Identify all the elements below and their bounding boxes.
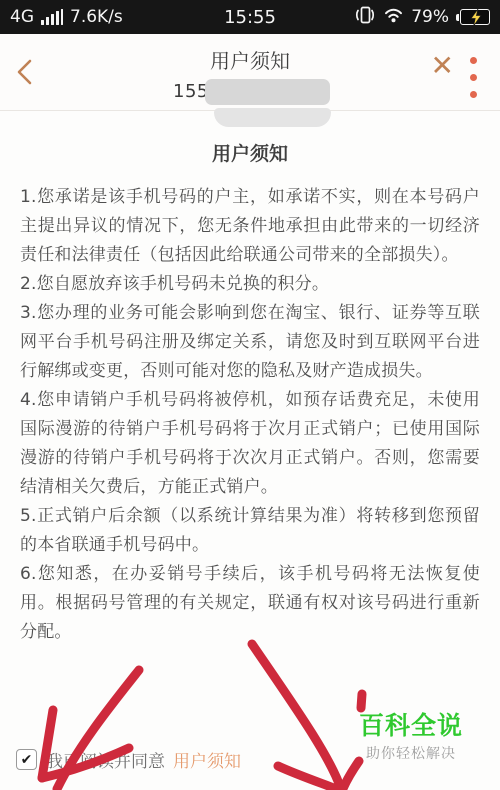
- notice-item-2: 2.您自愿放弃该手机号码未兑换的积分。: [20, 270, 480, 299]
- notice-body: 1.您承诺是该手机号码的户主，如承诺不实，则在本号码户主提出异议的情况下，您无条…: [0, 166, 500, 647]
- battery-percent-label: 79%: [411, 7, 449, 27]
- notice-item-3: 3.您办理的业务可能会影响到您在淘宝、银行、证券等互联网平台手机号码注册及绑定关…: [20, 299, 480, 386]
- wifi-icon: [383, 7, 404, 28]
- phone-screen: 4G 7.6K/s 15:55 79%: [0, 0, 500, 790]
- notice-item-1: 1.您承诺是该手机号码的户主，如承诺不实，则在本号码户主提出异议的情况下，您无条…: [20, 183, 480, 270]
- notice-item-4: 4.您申请销户手机号码将被停机，如预存话费充足，未使用国际漫游的待销户手机号码将…: [20, 386, 480, 502]
- watermark: 百科全说 助你轻松解决: [359, 711, 463, 763]
- notice-item-5: 5.正式销户后余额（以系统计算结果为准）将转移到您预留的本省联通手机号码中。: [20, 502, 480, 560]
- network-type-label: 4G: [10, 7, 34, 27]
- watermark-subtitle: 助你轻松解决: [359, 743, 463, 763]
- overflow-menu-button[interactable]: [466, 52, 480, 103]
- network-speed-label: 7.6K/s: [70, 7, 123, 27]
- right-arrow-icon: [252, 644, 362, 790]
- phone-number-prefix: 155: [173, 81, 209, 102]
- vibrate-icon: [354, 6, 376, 29]
- phone-number-redaction-lower: [214, 108, 331, 127]
- agree-checkbox[interactable]: ✔: [16, 749, 37, 770]
- phone-number-redaction: [205, 79, 330, 105]
- user-notice-link[interactable]: 用户须知: [173, 747, 241, 772]
- status-bar: 4G 7.6K/s 15:55 79%: [0, 0, 500, 34]
- notice-scroll-area[interactable]: 用户须知 1.您承诺是该手机号码的户主，如承诺不实，则在本号码户主提出异议的情况…: [0, 139, 500, 647]
- watermark-title: 百科全说: [359, 711, 463, 741]
- agree-label: 我已阅读并同意: [46, 747, 165, 772]
- signal-strength-icon: [41, 9, 63, 25]
- battery-charging-icon: [456, 9, 490, 25]
- agreement-row: ✔ 我已阅读并同意 用户须知: [16, 747, 241, 772]
- close-button[interactable]: ✕: [431, 50, 454, 82]
- notice-heading: 用户须知: [0, 139, 500, 166]
- page-title: 用户须知: [0, 45, 500, 74]
- notice-item-6: 6.您知悉，在办妥销号手续后，该手机号码将无法恢复使用。根据码号管理的有关规定，…: [20, 560, 480, 647]
